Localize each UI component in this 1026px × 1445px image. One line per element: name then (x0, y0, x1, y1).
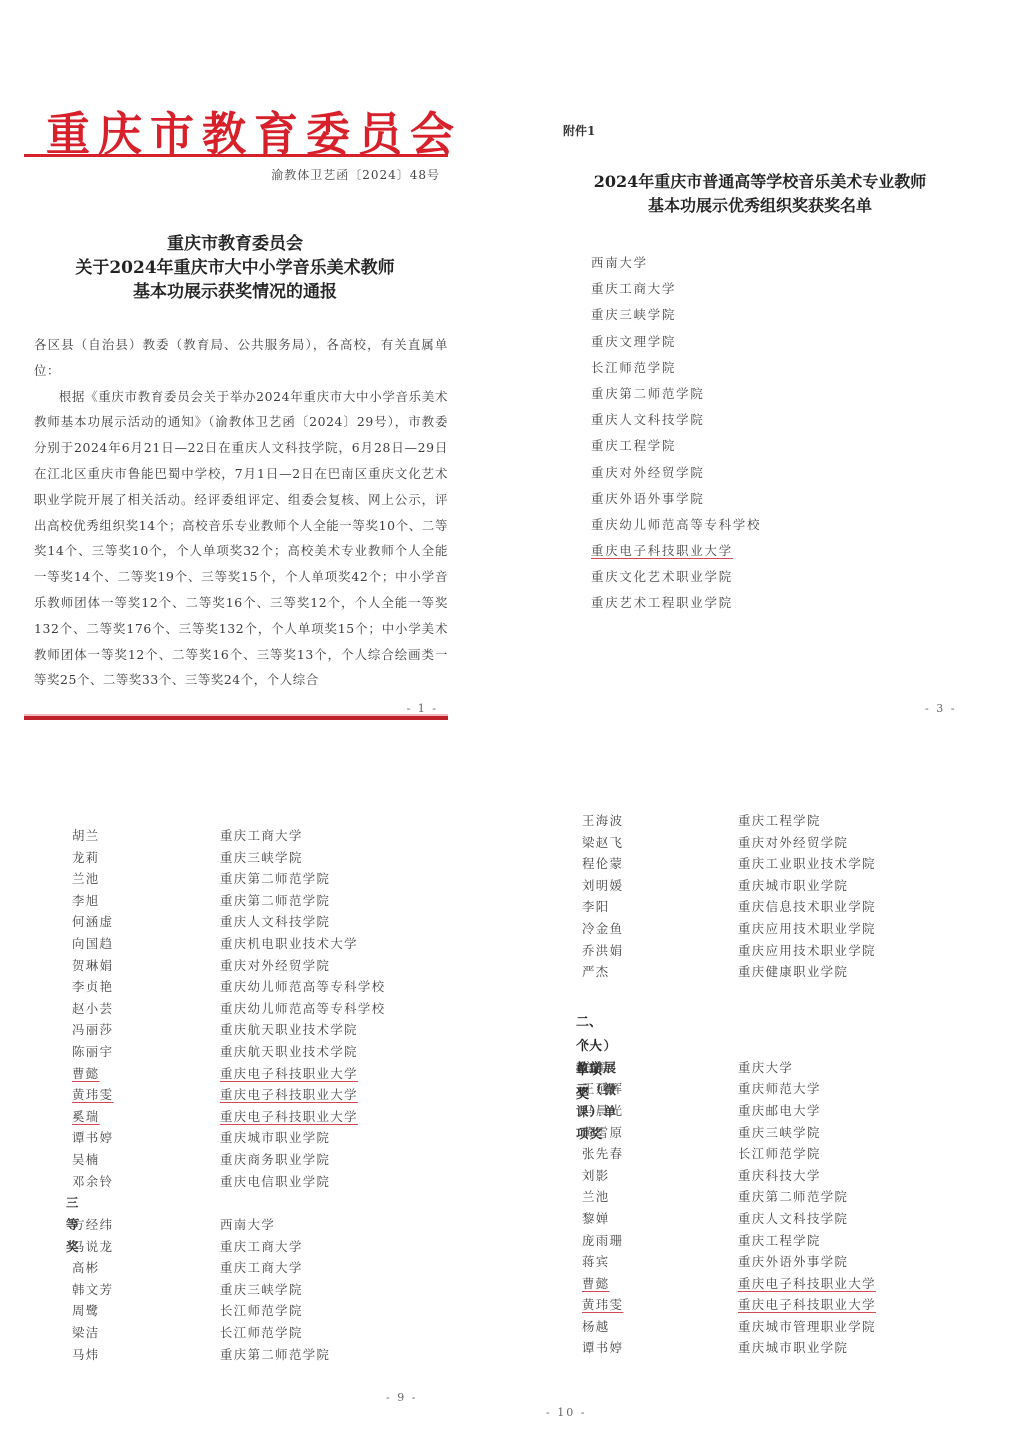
winner-organization: 重庆电子科技职业大学 (738, 1273, 876, 1295)
winner-name: 谭书婷 (582, 1337, 623, 1359)
notice-title-line: 关于2024年重庆市大中小学音乐美术教师 (20, 256, 450, 280)
organization-item: 长江师范学院 (591, 355, 761, 381)
winner-organization: 重庆城市管理职业学院 (738, 1316, 876, 1338)
winner-name: 蒋宾 (582, 1251, 610, 1273)
winner-organization: 重庆电子科技职业大学 (738, 1294, 876, 1316)
winner-organization: 重庆第二师范学院 (220, 868, 330, 890)
page-number: - 9 - (386, 1391, 417, 1404)
winner-organization: 重庆人文科技学院 (738, 1208, 848, 1230)
winner-name: 曹懿 (72, 1063, 100, 1085)
organization-name: 重庆艺术工程职业学院 (591, 595, 733, 610)
organization-item: 重庆工商大学 (591, 276, 761, 302)
body-paragraph: 根据《重庆市教育委员会关于举办2024年重庆市大中小学音乐美术教师基本功展示活动… (34, 384, 448, 694)
winner-name: 黎婵 (582, 1208, 610, 1230)
winner-name: 黄玮雯 (582, 1294, 623, 1316)
winner-name: 乔洪娟 (582, 940, 623, 962)
winner-organization: 重庆人文科技学院 (220, 911, 330, 933)
winner-organization: 重庆对外经贸学院 (738, 832, 848, 854)
organization-name: 长江师范学院 (591, 360, 676, 375)
winner-name: 赵小芸 (72, 998, 113, 1020)
winner-name: 马炜 (72, 1344, 100, 1366)
winner-organization: 重庆第二师范学院 (220, 1344, 330, 1366)
organization-name: 重庆人文科技学院 (591, 412, 705, 427)
winner-name: 刘影 (582, 1165, 610, 1187)
document-number: 渝教体卫艺函〔2024〕48号 (271, 166, 440, 183)
organization-item: 重庆文理学院 (591, 329, 761, 355)
winner-name: 李阳 (582, 896, 610, 918)
organization-item: 重庆三峡学院 (591, 302, 761, 328)
list-title: 2024年重庆市普通高等学校音乐美术专业教师 基本功展示优秀组织奖获奖名单 (545, 170, 975, 218)
winner-organization: 重庆工商大学 (220, 1236, 303, 1258)
page-9-award-list: 胡兰重庆工商大学龙莉重庆三峡学院兰池重庆第二师范学院李旭重庆第二师范学院何涵虚重… (50, 825, 450, 1415)
winner-organization: 重庆外语外事学院 (738, 1251, 848, 1273)
winner-organization: 重庆三峡学院 (738, 1122, 821, 1144)
organization-item: 重庆电子科技职业大学 (591, 538, 761, 564)
winner-name: 谭书婷 (72, 1127, 113, 1149)
winner-organization: 重庆电信职业学院 (220, 1171, 330, 1193)
winner-name: 向国趋 (72, 933, 113, 955)
winner-organization: 重庆应用技术职业学院 (738, 940, 876, 962)
winner-name: 庞雨珊 (582, 1230, 623, 1252)
winner-name: 张先春 (582, 1143, 623, 1165)
winner-name: 陈丽宇 (72, 1041, 113, 1063)
winner-organization: 重庆商务职业学院 (220, 1149, 330, 1171)
organization-name: 重庆电子科技职业大学 (591, 543, 733, 558)
winner-organization: 重庆第二师范学院 (738, 1186, 848, 1208)
notice-title-line: 基本功展示获奖情况的通报 (20, 280, 450, 304)
winner-name: 贺琳娟 (72, 955, 113, 977)
winner-name: 马说龙 (72, 1236, 113, 1258)
organization-name: 重庆对外经贸学院 (591, 465, 705, 480)
page-1-notice: 重庆市教育委员会 渝教体卫艺函〔2024〕48号 重庆市教育委员会 关于2024… (20, 80, 450, 730)
winner-organization: 重庆三峡学院 (220, 1279, 303, 1301)
winner-organization: 重庆工商大学 (220, 825, 303, 847)
winner-organization: 重庆对外经贸学院 (220, 955, 330, 977)
organization-name: 重庆工程学院 (591, 438, 676, 453)
attachment-label: 附件1 (563, 122, 595, 139)
winner-name: 胡兰 (72, 825, 100, 847)
salutation: 各区县（自治县）教委（教育局、公共服务局），各高校，有关直属单位： (34, 332, 448, 384)
winner-name: 高彬 (72, 1257, 100, 1279)
winner-organization: 重庆航天职业技术学院 (220, 1041, 358, 1063)
winner-name: 杨越 (582, 1316, 610, 1338)
organization-item: 重庆外语外事学院 (591, 486, 761, 512)
winner-name: 兰池 (582, 1186, 610, 1208)
organization-item: 重庆人文科技学院 (591, 407, 761, 433)
winner-name: 吴楠 (72, 1149, 100, 1171)
winner-name: 严杰 (582, 961, 610, 983)
winner-organization: 重庆健康职业学院 (738, 961, 848, 983)
winner-organization: 重庆师范大学 (738, 1078, 821, 1100)
winner-organization: 重庆城市职业学院 (738, 875, 848, 897)
winner-name: 黄玮雯 (72, 1084, 113, 1106)
winner-name: 龙莉 (72, 847, 100, 869)
winner-name: 李贞艳 (72, 976, 113, 998)
organization-name: 重庆工商大学 (591, 281, 676, 296)
letterhead-red-rule (24, 154, 448, 157)
footer-red-rule (24, 716, 448, 720)
page-number: - 1 - (407, 702, 438, 715)
organization-item: 重庆第二师范学院 (591, 381, 761, 407)
organization-item: 重庆文化艺术职业学院 (591, 564, 761, 590)
organization-item: 重庆对外经贸学院 (591, 460, 761, 486)
organization-list: 西南大学重庆工商大学重庆三峡学院重庆文理学院长江师范学院重庆第二师范学院重庆人文… (591, 250, 761, 617)
page-10-award-list: 王海波重庆工程学院梁赵飞重庆对外经贸学院程伦蒙重庆工业职业技术学院刘明媛重庆城市… (568, 810, 988, 1430)
list-title-line: 2024年重庆市普通高等学校音乐美术专业教师 (545, 170, 975, 194)
winner-name: 高源 (582, 1057, 610, 1079)
winner-organization: 重庆电子科技职业大学 (220, 1063, 358, 1085)
organization-name: 重庆文理学院 (591, 334, 676, 349)
winner-name: 梁赵飞 (582, 832, 623, 854)
winner-organization: 重庆城市职业学院 (738, 1337, 848, 1359)
winner-name: 刘明媛 (582, 875, 623, 897)
winner-name: 王海波 (582, 810, 623, 832)
winner-organization: 重庆三峡学院 (220, 847, 303, 869)
winner-organization: 重庆第二师范学院 (220, 890, 330, 912)
winner-name: 王延晖 (582, 1078, 623, 1100)
winner-name: 兰池 (72, 868, 100, 890)
winner-name: 李旭 (72, 890, 100, 912)
winner-organization: 长江师范学院 (220, 1300, 303, 1322)
organization-name: 重庆外语外事学院 (591, 491, 705, 506)
winner-name: 马晨光 (582, 1100, 623, 1122)
winner-organization: 重庆大学 (738, 1057, 793, 1079)
winner-organization: 重庆工程学院 (738, 1230, 821, 1252)
organization-item: 重庆艺术工程职业学院 (591, 590, 761, 616)
organization-item: 重庆幼儿师范高等专科学校 (591, 512, 761, 538)
notice-body: 各区县（自治县）教委（教育局、公共服务局），各高校，有关直属单位： 根据《重庆市… (34, 332, 448, 693)
notice-title-line: 重庆市教育委员会 (20, 232, 450, 256)
winner-name: 韩文芳 (72, 1279, 113, 1301)
notice-title: 重庆市教育委员会 关于2024年重庆市大中小学音乐美术教师 基本功展示获奖情况的… (20, 232, 450, 304)
winner-name: 何涵虚 (72, 911, 113, 933)
winner-organization: 重庆电子科技职业大学 (220, 1084, 358, 1106)
winner-name: 梁洁 (72, 1322, 100, 1344)
page-3-attachment: 附件1 2024年重庆市普通高等学校音乐美术专业教师 基本功展示优秀组织奖获奖名… (545, 110, 985, 730)
winner-organization: 重庆机电职业技术大学 (220, 933, 358, 955)
page-number: - 10 - (546, 1406, 586, 1419)
winner-organization: 重庆工程学院 (738, 810, 821, 832)
winner-organization: 长江师范学院 (220, 1322, 303, 1344)
winner-name: 奚瑞 (72, 1106, 100, 1128)
organization-name: 重庆三峡学院 (591, 307, 676, 322)
organization-name: 西南大学 (591, 255, 648, 270)
winner-organization: 重庆邮电大学 (738, 1100, 821, 1122)
winner-organization: 长江师范学院 (738, 1143, 821, 1165)
winner-name: 周鹭 (72, 1300, 100, 1322)
winner-organization: 重庆科技大学 (738, 1165, 821, 1187)
winner-organization: 重庆城市职业学院 (220, 1127, 330, 1149)
organization-name: 重庆文化艺术职业学院 (591, 569, 733, 584)
winner-organization: 重庆幼儿师范高等专科学校 (220, 976, 386, 998)
winner-organization: 重庆幼儿师范高等专科学校 (220, 998, 386, 1020)
winner-organization: 重庆电子科技职业大学 (220, 1106, 358, 1128)
winner-name: 方经纬 (72, 1214, 113, 1236)
winner-name: 曹懿 (582, 1273, 610, 1295)
winner-name: 黄雪原 (582, 1122, 623, 1144)
winner-organization: 重庆信息技术职业学院 (738, 896, 876, 918)
winner-organization: 重庆应用技术职业学院 (738, 918, 876, 940)
winner-name: 程伦蒙 (582, 853, 623, 875)
winner-name: 冷金鱼 (582, 918, 623, 940)
winner-organization: 重庆工业职业技术学院 (738, 853, 876, 875)
winner-organization: 重庆工商大学 (220, 1257, 303, 1279)
winner-organization: 西南大学 (220, 1214, 275, 1236)
page-number: - 3 - (925, 702, 956, 715)
winner-name: 冯丽莎 (72, 1019, 113, 1041)
organization-item: 重庆工程学院 (591, 433, 761, 459)
organization-name: 重庆幼儿师范高等专科学校 (591, 517, 761, 532)
organization-item: 西南大学 (591, 250, 761, 276)
list-title-line: 基本功展示优秀组织奖获奖名单 (545, 194, 975, 218)
organization-name: 重庆第二师范学院 (591, 386, 705, 401)
winner-organization: 重庆航天职业技术学院 (220, 1019, 358, 1041)
winner-name: 邓余铃 (72, 1171, 113, 1193)
